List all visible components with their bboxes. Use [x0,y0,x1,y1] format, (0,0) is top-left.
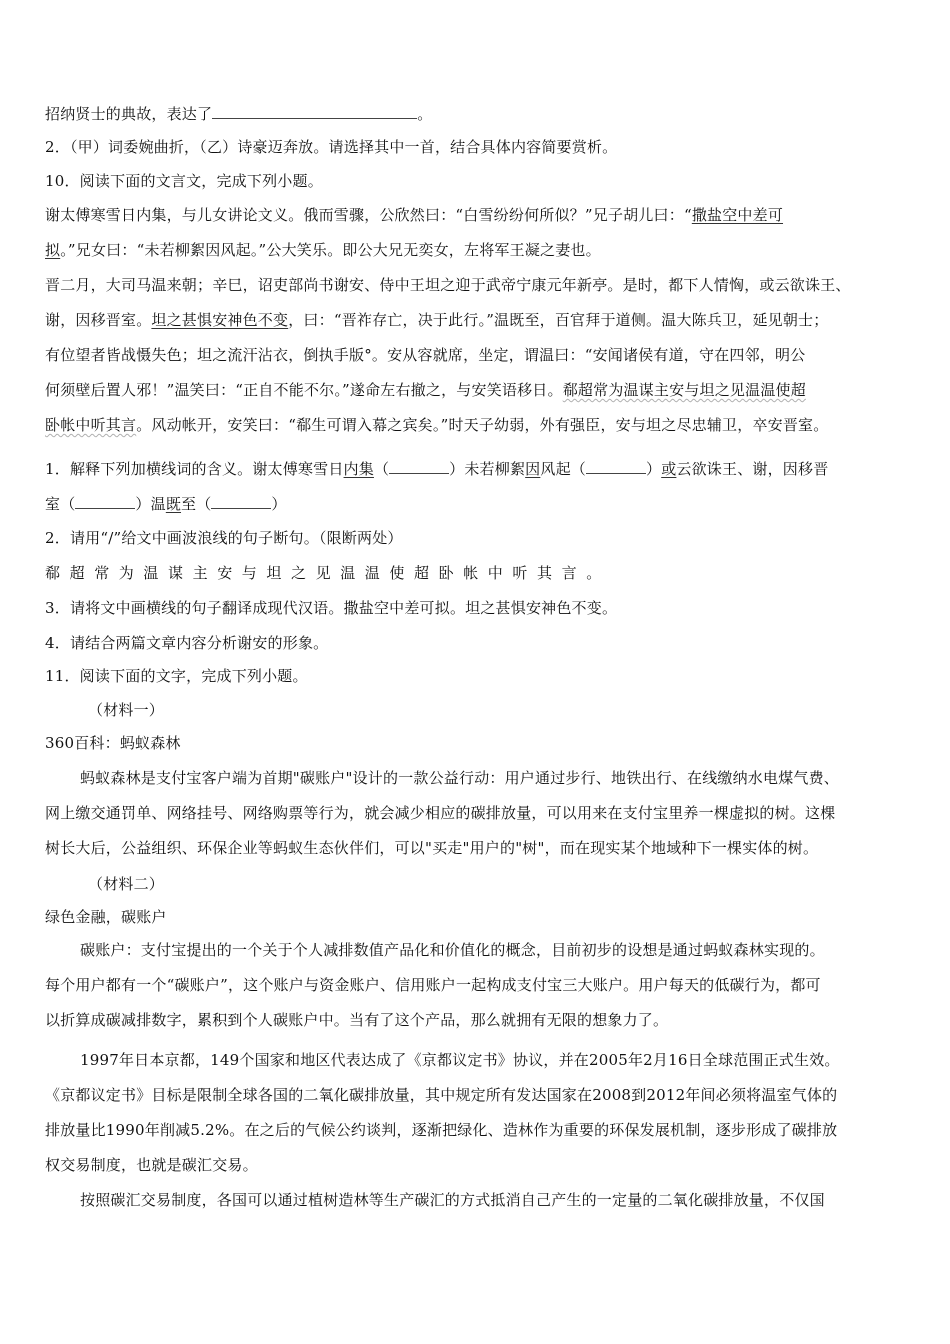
underlined-sentence: 坦之甚惧安神色不变 [151,311,288,329]
question-fill-line: 招纳贤士的典故，表达了。 [45,103,915,124]
wavy-underlined-sentence-end: 卧帐中听其言 [45,416,136,434]
exam-page: 招纳贤士的典故，表达了。 2．（甲）词委婉曲折，（乙）诗豪迈奔放。请选择其中一首… [0,0,950,1344]
sub-question-1-cont: 室（）温既至（） [45,493,915,514]
question-10-title: 10．阅读下面的文言文，完成下列小题。 [45,171,915,191]
material-2-para-3-line-1: 按照碳汇交易制度，各国可以通过植树造林等生产碳汇的方式抵消自己产生的一定量的二氧… [80,1190,915,1210]
passage-1-line-2: 拟。”兄女曰：“未若柳絮因风起。”公大笑乐。即公大兄无奕女，左将军王凝之妻也。 [45,240,915,260]
material-2-para-1-line-2: 每个用户都有一个“碳账户”，这个账户与资金账户、信用账户一起构成支付宝三大账户。… [45,975,915,995]
wavy-underlined-sentence: 郗超常为温谋主安与坦之见温温使超 [563,381,806,399]
material-2-para-2-line-4: 权交易制度，也就是碳汇交易。 [45,1155,915,1175]
sub-question-4: 4．请结合两篇文章内容分析谢安的形象。 [45,633,915,653]
material-2-title: 绿色金融，碳账户 [45,907,915,927]
passage-2-line-2: 谢，因移晋室。坦之甚惧安神色不变，曰：“晋祚存亡，决于此行。”温既至，百官拜于道… [45,310,915,330]
material-1-title: 360百科：蚂蚁森林 [45,733,915,753]
material-2-para-2-line-3: 排放量比1990年削减5.2%。在之后的气候公约谈判，逐渐把绿化、造林作为重要的… [45,1120,915,1140]
sub-question-3: 3．请将文中画横线的句子翻译成现代汉语。撒盐空中差可拟。坦之甚惧安神色不变。 [45,598,915,618]
underlined-sentence-end: 拟 [45,241,60,259]
material-2-para-2-line-1: 1997年日本京都，149个国家和地区代表达成了《京都议定书》协议，并在2005… [80,1050,915,1070]
answer-blank[interactable] [75,493,135,509]
answer-blank[interactable] [211,493,271,509]
answer-blank[interactable] [586,458,646,474]
material-2-para-1-line-1: 碳账户：支付宝提出的一个关于个人减排数值产品化和价值化的概念，目前初步的设想是通… [80,940,915,960]
answer-blank[interactable] [212,103,417,119]
passage-1-line-1: 谢太傅寒雪日内集，与儿女讲论文义。俄而雪骤，公欣然曰：“白雪纷纷何所似？”兄子胡… [45,205,915,225]
answer-blank[interactable] [389,458,449,474]
material-2-label: （材料二） [88,874,950,894]
material-1-para-line-3: 树长大后，公益组织、环保企业等蚂蚁生态伙伴们，可以"买走"用户的"树"，而在现实… [45,838,915,858]
material-2-para-2-line-2: 《京都议定书》目标是限制全球各国的二氧化碳排放量，其中规定所有发达国家在2008… [45,1085,915,1105]
material-1-para-line-2: 网上缴交通罚单、网络挂号、网络购票等行为，就会减少相应的碳排放量，可以用来在支付… [45,803,915,823]
passage-2-line-1: 晋二月，大司马温来朝；辛巳，诏吏部尚书谢安、侍中王坦之迎于武帝宁康元年新亭。是时… [45,275,915,295]
passage-2-line-3: 有位望者皆战慑失色；坦之流汗沾衣，倒执手版°。安从容就席，坐定，谓温曰：“安闻诸… [45,345,915,365]
question-11-title: 11．阅读下面的文字，完成下列小题。 [45,666,915,686]
material-1-label: （材料一） [88,700,950,720]
punctuation-sentence: 郗超常为温谋主安与坦之见温温使超卧帐中听其言。 [45,563,915,583]
sub-question-1: 1．解释下列加横线词的含义。谢太傅寒雪日内集（）未若柳絮因风起（）或云欲诛王、谢… [45,458,915,479]
sub-question-2: 2．（甲）词委婉曲折，（乙）诗豪迈奔放。请选择其中一首，结合具体内容简要赏析。 [45,137,915,157]
passage-2-line-4: 何须壁后置人邪！”温笑曰：“正自不能不尔。”遂命左右撤之，与安笑语移日。郗超常为… [45,380,915,400]
material-2-para-1-line-3: 以折算成碳减排数字，累积到个人碳账户中。当有了这个产品，那么就拥有无限的想象力了… [45,1010,915,1030]
material-1-para-line-1: 蚂蚁森林是支付宝客户端为首期"碳账户"设计的一款公益行动：用户通过步行、地铁出行… [80,768,915,788]
passage-2-line-5: 卧帐中听其言。风动帐开，安笑曰：“郗生可谓入幕之宾矣。”时天子幼弱，外有强臣，安… [45,415,915,435]
sub-question-2: 2．请用“/”给文中画波浪线的句子断句。（限断两处） [45,528,915,548]
underlined-sentence: 撒盐空中差可 [692,206,783,224]
